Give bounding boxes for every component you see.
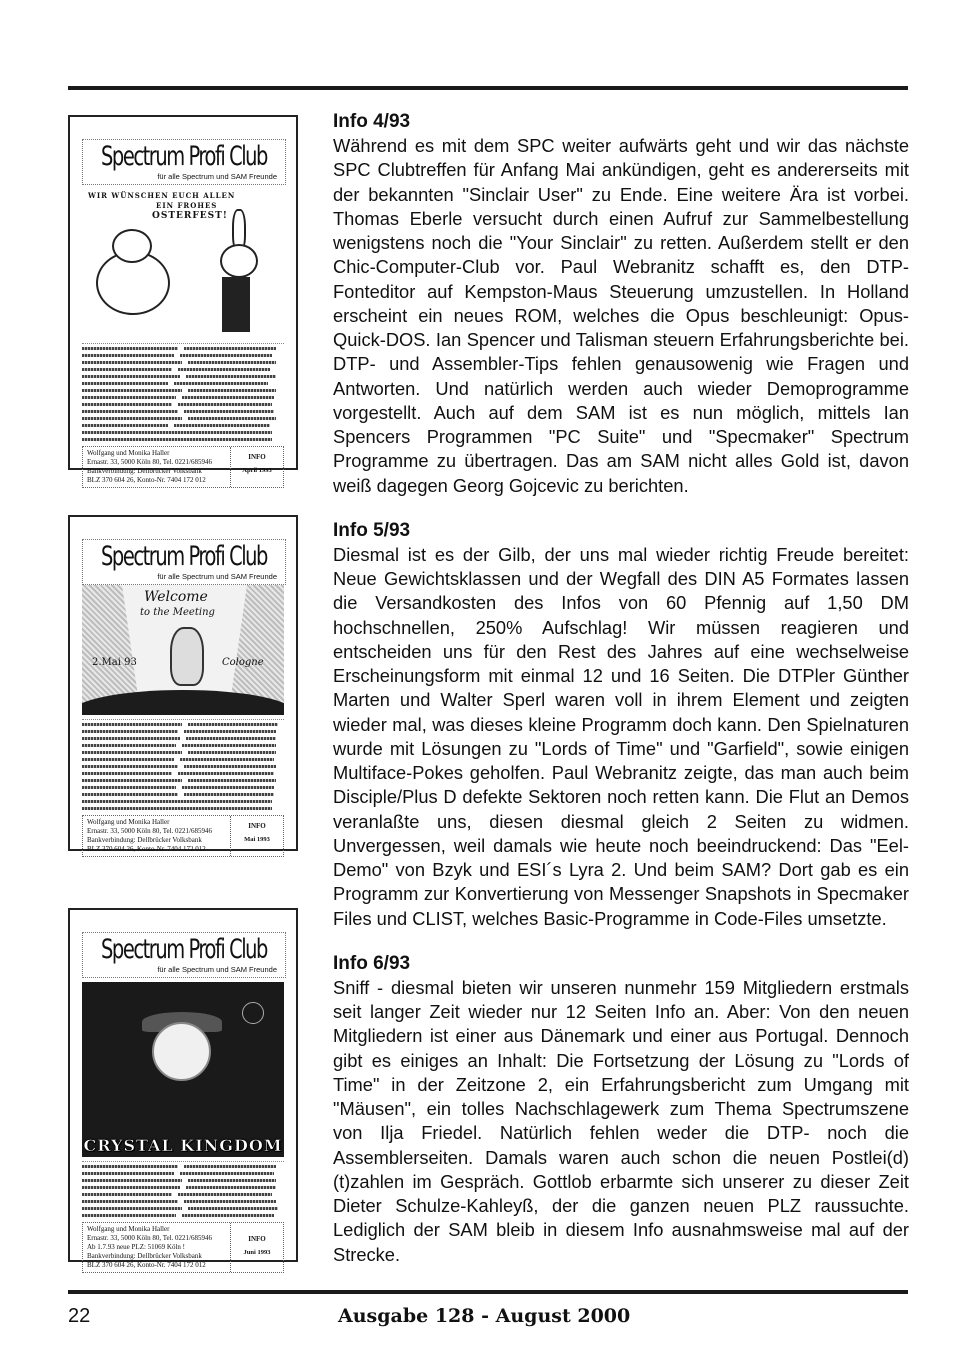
address-line: Wolfgang und Monika Haller [87,449,226,458]
article-info-4-93: Info 4/93 Während es mit dem SPC weiter … [333,110,909,498]
address-line: Ernastr. 33, 5000 Köln 80, Tel. 0221/685… [87,458,226,467]
cover-info-label: INFO [231,453,283,462]
cover-info-juni-1993: Spectrum Profi Club für alle Spectrum un… [68,908,298,1262]
top-rule [68,86,908,90]
cover-illustration-crystal-kingdom: CRYSTAL KINGDOM [82,982,284,1157]
moon-icon [242,1002,264,1024]
article-body: Während es mit dem SPC weiter aufwärts g… [333,134,909,498]
cover-subtitle: für alle Spectrum und SAM Freunde [87,965,281,974]
cover-art-title: CRYSTAL KINGDOM [82,1136,284,1155]
cover-masthead: Spectrum Profi Club für alle Spectrum un… [82,932,286,978]
page-number: 22 [68,1305,90,1328]
cover-title: Spectrum Profi Club [85,542,282,572]
address-line: Ab 1.7.93 neue PLZ: 51069 Köln ! [87,1243,226,1252]
article-info-6-93: Info 6/93 Sniff - diesmal bieten wir uns… [333,952,909,1267]
cover-art-text: OSTERFEST! [152,211,228,221]
cover-illustration-easter-bunnies: WIR WÜNSCHEN EUCH ALLEN EIN FROHES OSTER… [82,189,284,339]
cover-subtitle: für alle Spectrum und SAM Freunde [87,572,281,581]
cover-subtitle: für alle Spectrum und SAM Freunde [87,172,281,181]
article-body: Sniff - diesmal bieten wir unseren nunme… [333,976,909,1267]
bunny-head-icon [112,229,152,263]
article-heading: Info 5/93 [333,519,909,543]
article-body: Diesmal ist es der Gilb, der uns mal wie… [333,543,909,931]
cover-info-label: INFO [231,822,283,831]
address-line: Bankverbindung: Dellbrücker Volksbank [87,467,226,476]
cover-address-box: Wolfgang und Monika Haller Ernastr. 33, … [82,815,284,857]
clown-figure-icon [170,627,204,686]
address-line: Ernastr. 33, 5000 Köln 80, Tel. 0221/685… [87,1234,226,1243]
cover-art-text: Cologne [222,657,264,668]
cover-illustration-meeting: Welcome to the Meeting 2.Mai 93 Cologne [82,585,284,715]
cover-address-box: Wolfgang und Monika Haller Ernastr. 33, … [82,1222,284,1273]
cover-title: Spectrum Profi Club [85,142,282,172]
article-info-5-93: Info 5/93 Diesmal ist es der Gilb, der u… [333,519,909,931]
cover-date: Mai 1993 [231,835,283,844]
address-line: BLZ 370 604 26, Konto-Nr. 7404 172 012 [87,845,226,854]
address-line: Bankverbindung: Dellbrücker Volksbank [87,1252,226,1261]
cover-art-text: EIN FROHES [156,201,217,210]
cover-title: Spectrum Profi Club [85,935,282,965]
issue-line: Ausgabe 128 - August 2000 [338,1305,630,1327]
address-line: BLZ 370 604 26, Konto-Nr. 7404 172 012 [87,476,226,485]
cover-table-of-contents [82,343,284,442]
bunny-right-icon [220,244,258,278]
cover-art-text: Welcome [144,589,208,605]
bottom-rule [68,1290,908,1294]
cover-art-text: to the Meeting [140,607,215,618]
cover-table-of-contents [82,719,284,811]
cover-date: April 1993 [231,466,283,475]
cover-info-april-1993: Spectrum Profi Club für alle Spectrum un… [68,115,298,470]
cover-art-text: WIR WÜNSCHEN EUCH ALLEN [88,191,235,200]
cover-masthead: Spectrum Profi Club für alle Spectrum un… [82,139,286,185]
stage-floor [82,690,284,715]
cover-masthead: Spectrum Profi Club für alle Spectrum un… [82,539,286,585]
article-heading: Info 6/93 [333,952,909,976]
article-heading: Info 4/93 [333,110,909,134]
article-column: Info 4/93 Während es mit dem SPC weiter … [333,110,909,1288]
address-line: Wolfgang und Monika Haller [87,1225,226,1234]
address-line: Ernastr. 33, 5000 Köln 80, Tel. 0221/685… [87,827,226,836]
cover-address-box: Wolfgang und Monika Haller Ernastr. 33, … [82,446,284,488]
cover-date: Juni 1993 [231,1248,283,1257]
cover-info-mai-1993: Spectrum Profi Club für alle Spectrum un… [68,515,298,851]
cover-art-text: 2.Mai 93 [92,657,137,668]
cover-info-label: INFO [231,1235,283,1244]
top-hat-icon [222,277,250,332]
address-line: Wolfgang und Monika Haller [87,818,226,827]
address-line: BLZ 370 604 26, Konto-Nr. 7404 172 012 [87,1261,226,1270]
cover-table-of-contents [82,1161,284,1218]
wizard-face-icon [152,1022,211,1081]
address-line: Bankverbindung: Dellbrücker Volksbank [87,836,226,845]
